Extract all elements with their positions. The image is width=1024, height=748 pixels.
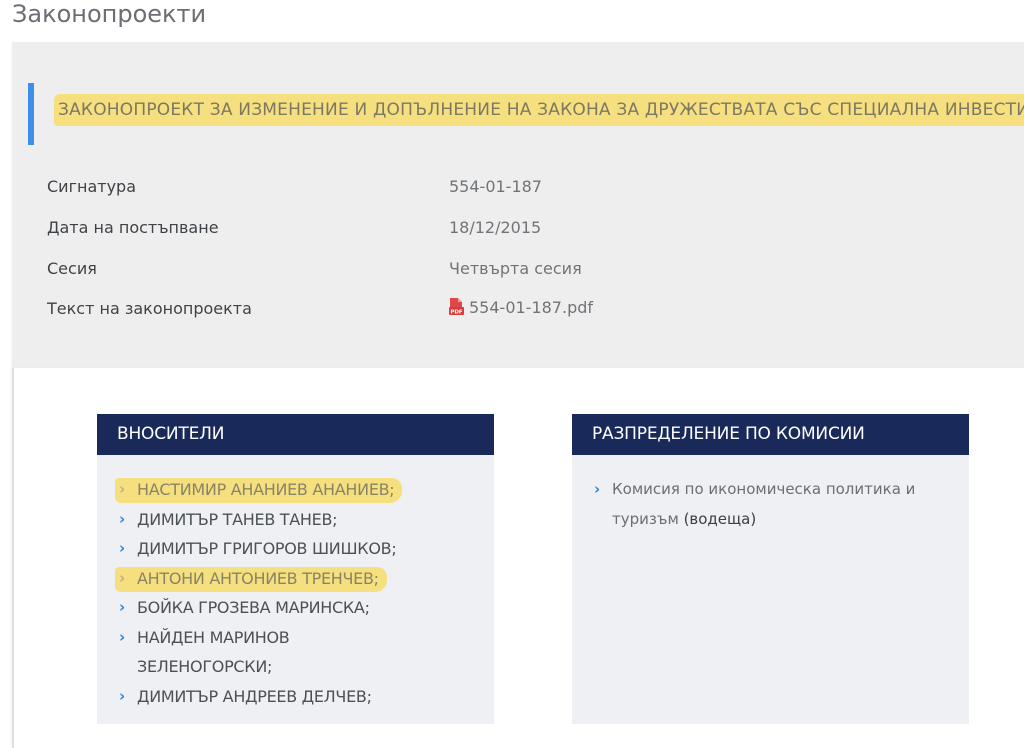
field-value-bill-text: PDF 554-01-187.pdf [449, 298, 593, 320]
sponsor-item[interactable]: ›НАЙДЕН МАРИНОВ ЗЕЛЕНОГОРСКИ; [119, 623, 337, 682]
field-label-bill-text: Текст на законопроекта [47, 299, 252, 318]
sponsor-item[interactable]: ›НАСТИМИР АНАНИЕВ АНАНИЕВ; [119, 475, 494, 505]
sponsor-name: НАЙДЕН МАРИНОВ ЗЕЛЕНОГОРСКИ; [137, 628, 289, 677]
committee-item[interactable]: › Комисия по икономическа политика и тур… [594, 475, 969, 534]
sponsors-panel: Вносители ›НАСТИМИР АНАНИЕВ АНАНИЕВ; ›ДИ… [97, 414, 494, 724]
sponsor-item[interactable]: ›АНТОНИ АНТОНИЕВ ТРЕНЧЕВ; [119, 564, 494, 594]
chevron-right-icon: › [119, 534, 125, 564]
sponsor-item[interactable]: ›БОЙКА ГРОЗЕВА МАРИНСКА; [119, 593, 494, 623]
bill-title: ЗАКОНОПРОЕКТ ЗА ИЗМЕНЕНИЕ И ДОПЪЛНЕНИЕ Н… [54, 94, 1024, 126]
committees-header: Разпределение по комисии [572, 414, 969, 455]
chevron-right-icon: › [119, 682, 125, 712]
pdf-file-icon: PDF [449, 298, 464, 315]
field-label-date: Дата на постъпване [47, 218, 219, 237]
pdf-file-name: 554-01-187.pdf [469, 298, 593, 317]
committees-panel: Разпределение по комисии › Комисия по ик… [572, 414, 969, 724]
field-label-session: Сесия [47, 259, 97, 278]
field-value-signature: 554-01-187 [449, 177, 542, 196]
committee-role: (водеща) [684, 510, 757, 528]
pdf-download-link[interactable]: PDF 554-01-187.pdf [449, 298, 593, 317]
chevron-right-icon: › [119, 593, 125, 623]
sponsor-name: ДИМИТЪР ТАНЕВ ТАНЕВ; [137, 510, 337, 529]
svg-text:PDF: PDF [450, 310, 463, 316]
field-value-date: 18/12/2015 [449, 218, 541, 237]
chevron-right-icon: › [119, 475, 125, 505]
sponsor-name: БОЙКА ГРОЗЕВА МАРИНСКА; [137, 598, 370, 617]
sponsor-item[interactable]: ›ДИМИТЪР АНДРЕЕВ ДЕЛЧЕВ; [119, 682, 494, 712]
committees-list: › Комисия по икономическа политика и тур… [572, 455, 969, 534]
page-title: Законопроекти [12, 0, 206, 28]
field-value-session: Четвърта сесия [449, 259, 582, 278]
chevron-right-icon: › [119, 623, 125, 653]
sponsors-list: ›НАСТИМИР АНАНИЕВ АНАНИЕВ; ›ДИМИТЪР ТАНЕ… [97, 455, 494, 711]
chevron-right-icon: › [594, 475, 600, 505]
sponsor-item[interactable]: ›ДИМИТЪР ГРИГОРОВ ШИШКОВ; [119, 534, 494, 564]
sponsor-name: ДИМИТЪР АНДРЕЕВ ДЕЛЧЕВ; [137, 687, 372, 706]
sponsor-name: АНТОНИ АНТОНИЕВ ТРЕНЧЕВ; [137, 569, 379, 588]
sponsor-item[interactable]: ›ДИМИТЪР ТАНЕВ ТАНЕВ; [119, 505, 494, 535]
sponsor-name: ДИМИТЪР ГРИГОРОВ ШИШКОВ; [137, 539, 396, 558]
committee-name: Комисия по икономическа политика и туриз… [612, 480, 915, 528]
sponsors-header: Вносители [97, 414, 494, 455]
sponsor-name: НАСТИМИР АНАНИЕВ АНАНИЕВ; [137, 480, 394, 499]
bill-info-card: ЗАКОНОПРОЕКТ ЗА ИЗМЕНЕНИЕ И ДОПЪЛНЕНИЕ Н… [12, 42, 1024, 367]
details-card: Вносители ›НАСТИМИР АНАНИЕВ АНАНИЕВ; ›ДИ… [12, 368, 1024, 726]
title-accent-bar [28, 83, 34, 145]
chevron-right-icon: › [119, 505, 125, 535]
bill-title-container: ЗАКОНОПРОЕКТ ЗА ИЗМЕНЕНИЕ И ДОПЪЛНЕНИЕ Н… [54, 94, 1024, 126]
chevron-right-icon: › [119, 564, 125, 594]
field-label-signature: Сигнатура [47, 177, 136, 196]
